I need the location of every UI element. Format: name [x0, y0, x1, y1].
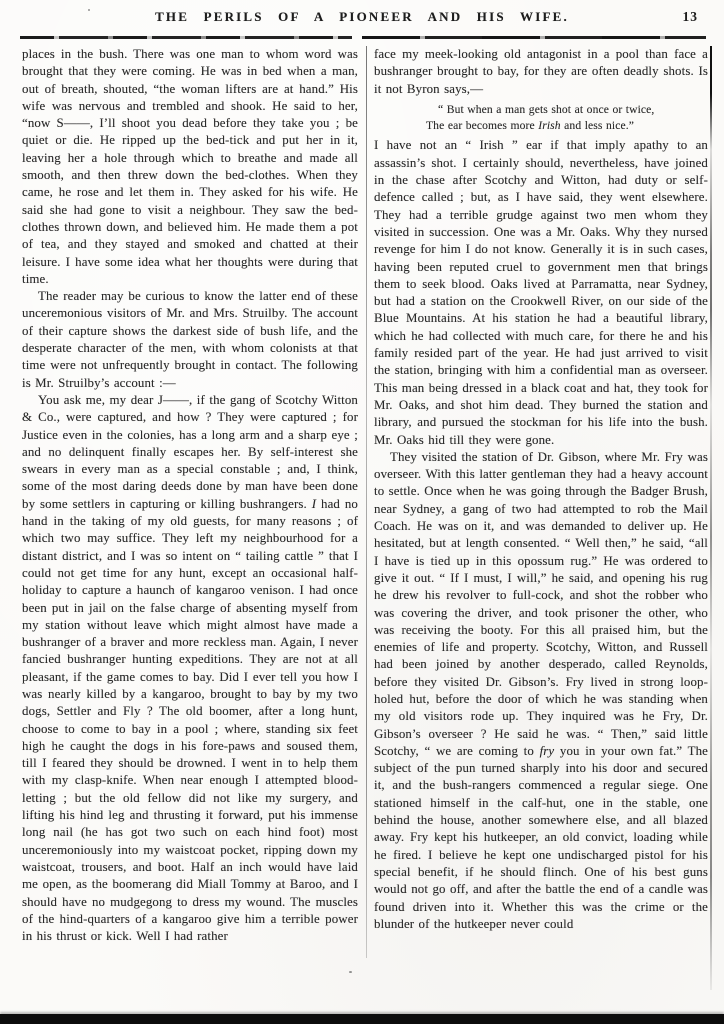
- header-rule-left: [20, 36, 352, 39]
- running-head-title: THE PERILS OF A PIONEER AND HIS WIFE.: [0, 9, 724, 25]
- verse-line: The ear becomes more Irish and less nice…: [426, 118, 708, 134]
- paragraph: You ask me, my dear J——, if the gang of …: [22, 392, 358, 946]
- text-columns: places in the bush. There was one man to…: [22, 46, 708, 1010]
- left-column: places in the bush. There was one man to…: [22, 46, 358, 945]
- verse-quote: “ But when a man gets shot at once or tw…: [426, 102, 708, 134]
- scan-bottom-edge-bar: [0, 1014, 724, 1024]
- verse-line: “ But when a man gets shot at once or tw…: [426, 102, 708, 118]
- paragraph: The reader may be curious to know the la…: [22, 288, 358, 392]
- column-divider-rule: [366, 46, 367, 958]
- scan-speck: [88, 9, 90, 11]
- right-column: face my meek-looking old antagonist in a…: [374, 46, 708, 933]
- page-number: 13: [683, 9, 699, 25]
- paragraph: I have not an “ Irish ” ear if that impl…: [374, 137, 708, 448]
- paragraph: face my meek-looking old antagonist in a…: [374, 46, 708, 98]
- scan-speck: [349, 971, 352, 973]
- paragraph: They visited the station of Dr. Gibson, …: [374, 449, 708, 933]
- paragraph: places in the bush. There was one man to…: [22, 46, 358, 288]
- book-page-scan: THE PERILS OF A PIONEER AND HIS WIFE. 13…: [0, 0, 724, 1024]
- header-rule-right: [362, 36, 706, 39]
- scan-edge-artifact: [710, 46, 712, 990]
